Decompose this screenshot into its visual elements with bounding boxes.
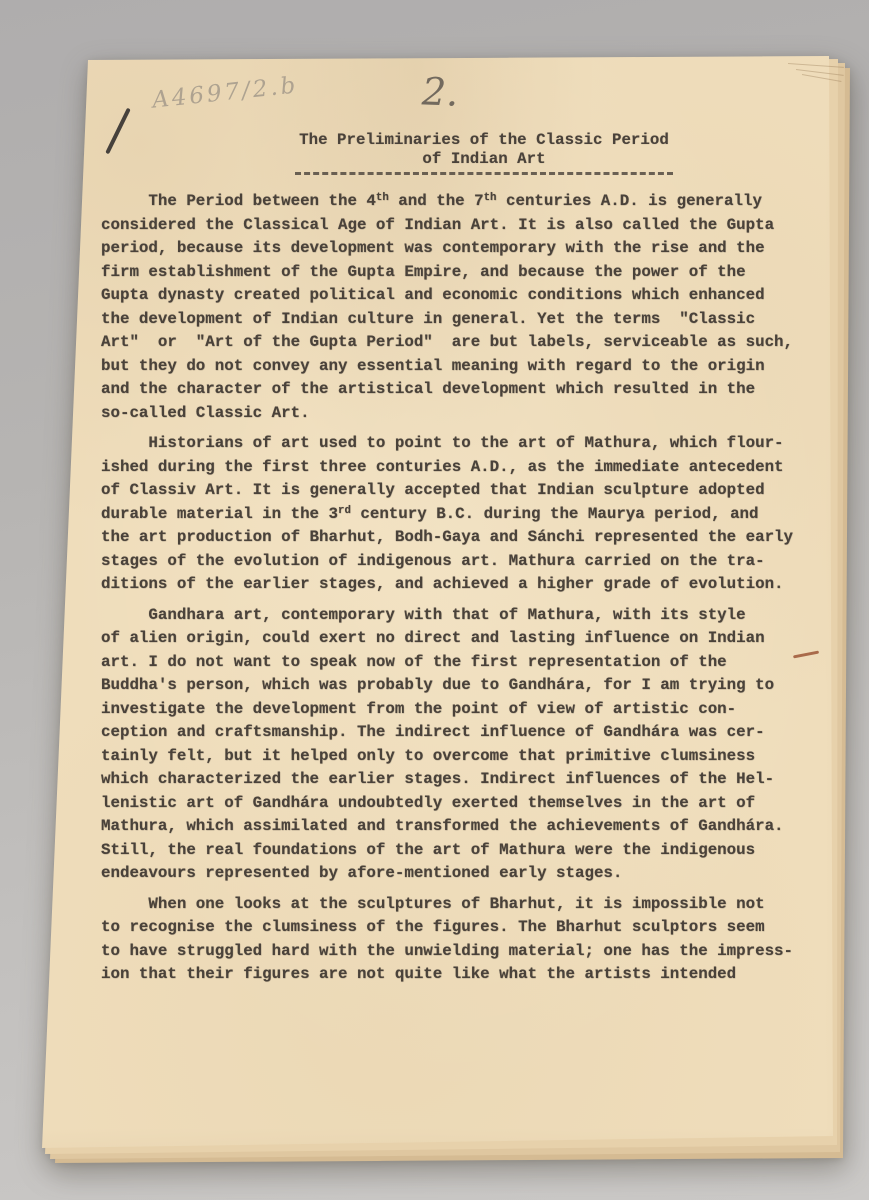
text-line: but they do not convey any essential mea… bbox=[101, 355, 831, 379]
text-line: art. I do not want to speak now of the f… bbox=[101, 651, 831, 675]
pencil-slash-mark bbox=[105, 108, 131, 155]
text-line: firm establishment of the Gupta Empire, … bbox=[101, 261, 831, 285]
text-line: period, because its development was cont… bbox=[101, 237, 831, 261]
paragraph: When one looks at the sculptures of Bhar… bbox=[101, 893, 831, 987]
text-line: lenistic art of Gandhára undoubtedly exe… bbox=[101, 792, 831, 816]
text-line: Gandhara art, contemporary with that of … bbox=[101, 604, 831, 628]
text-line: the art production of Bharhut, Bodh-Gaya… bbox=[101, 526, 831, 550]
paragraph: The Period between the 4th and the 7th c… bbox=[101, 190, 831, 425]
text-line: Gupta dynasty created political and econ… bbox=[101, 284, 831, 308]
text-line: ception and craftsmanship. The indirect … bbox=[101, 721, 831, 745]
text-line: durable material in the 3rd century B.C.… bbox=[101, 503, 831, 527]
document-title: The Preliminaries of the Classic Period … bbox=[252, 131, 716, 175]
text-line: endeavours represented by afore-mentione… bbox=[101, 862, 831, 886]
text-line: ditions of the earlier stages, and achie… bbox=[101, 573, 831, 597]
handwritten-page-number: 2. bbox=[421, 69, 459, 114]
text-line: considered the Classical Age of Indian A… bbox=[101, 214, 831, 238]
text-line: Mathura, which assimilated and transform… bbox=[101, 815, 831, 839]
text-line: Art" or "Art of the Gupta Period" are bu… bbox=[101, 331, 831, 355]
title-line-2: of Indian Art bbox=[252, 150, 716, 169]
text-line: tainly felt, but it helped only to overc… bbox=[101, 745, 831, 769]
text-line: ion that their figures are not quite lik… bbox=[101, 963, 831, 987]
page-content: A4697/2.b 2. The Preliminaries of the Cl… bbox=[0, 0, 869, 1200]
text-line: ished during the first three conturies A… bbox=[101, 456, 831, 480]
text-line: Still, the real foundations of the art o… bbox=[101, 839, 831, 863]
text-line: investigate the development from the poi… bbox=[101, 698, 831, 722]
typewritten-text: The Period between the 4th and the 7th c… bbox=[101, 190, 831, 987]
scanned-document-photo: A4697/2.b 2. The Preliminaries of the Cl… bbox=[0, 0, 869, 1200]
text-line: When one looks at the sculptures of Bhar… bbox=[101, 893, 831, 917]
text-line: of Classiv Art. It is generally accepted… bbox=[101, 479, 831, 503]
text-line: to have struggled hard with the unwieldi… bbox=[101, 940, 831, 964]
paragraph: Gandhara art, contemporary with that of … bbox=[101, 604, 831, 886]
text-line: Buddha's person, which was probably due … bbox=[101, 674, 831, 698]
title-dashed-underline bbox=[295, 172, 673, 175]
pencil-inventory-number: A4697/2.b bbox=[151, 72, 299, 113]
text-line: The Period between the 4th and the 7th c… bbox=[101, 190, 831, 214]
text-line: the development of Indian culture in gen… bbox=[101, 308, 831, 332]
text-line: of alien origin, could exert no direct a… bbox=[101, 627, 831, 651]
text-line: Historians of art used to point to the a… bbox=[101, 432, 831, 456]
text-line: so-called Classic Art. bbox=[101, 402, 831, 426]
text-line: which characterized the earlier stages. … bbox=[101, 768, 831, 792]
text-line: and the character of the artistical deve… bbox=[101, 378, 831, 402]
text-line: to recognise the clumsiness of the figur… bbox=[101, 916, 831, 940]
title-line-1: The Preliminaries of the Classic Period bbox=[252, 131, 716, 150]
paragraph: Historians of art used to point to the a… bbox=[101, 432, 831, 597]
text-line: stages of the evolution of indigenous ar… bbox=[101, 550, 831, 574]
